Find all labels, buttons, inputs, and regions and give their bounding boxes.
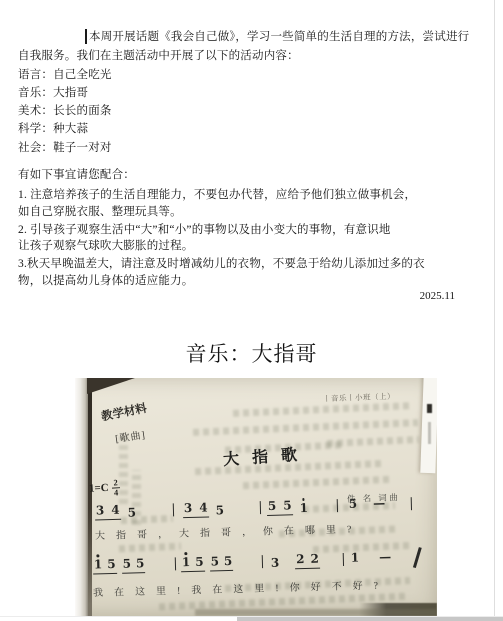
book-left-pages-edge: [75, 378, 88, 616]
measure: 34 5: [95, 503, 136, 520]
intro-paragraph-line-1: 本周开展话题《我会自己做》，学习一些简单的生活自理的方法，尝试进行: [89, 30, 469, 45]
measure: 15 55: [93, 557, 146, 574]
document-page: { "document": { "paragraph": [ "本周开展话题《我…: [0, 0, 503, 621]
note: 1: [351, 552, 360, 565]
music-book-photo[interactable]: 教学材料 [歌曲] 丨音乐丨小班（上） 大指歌 1=C 2 4 佚 名 词曲 3…: [75, 378, 437, 616]
horizontal-scrollbar[interactable]: [237, 617, 503, 621]
barline: [260, 501, 262, 514]
barline: [337, 499, 339, 512]
note: 3: [271, 557, 280, 570]
key-signature-text: 1=C: [89, 482, 109, 495]
section-heading: 音乐：大指哥: [0, 338, 503, 368]
activity-item-social: 社会：鞋子一对对: [18, 141, 112, 156]
cooperation-intro: 有如下事宜请您配合：: [18, 168, 135, 183]
intro-paragraph-line-2: 自我服务。我们在主题活动中开展了以下的活动内容：: [18, 49, 299, 64]
bleed-through-text: [243, 476, 391, 489]
page-right-border: [494, 0, 495, 616]
bleed-through-text: [119, 434, 128, 504]
note: 4: [111, 504, 120, 517]
activity-item-language: 语言：自己全吃光: [18, 68, 112, 83]
key-signature: 1=C 2 4: [89, 478, 121, 498]
measure: 15 55: [181, 555, 234, 572]
note: 5: [216, 504, 225, 517]
activity-item-music: 音乐：大指哥: [18, 86, 88, 101]
note-high-octave: 1: [182, 556, 191, 569]
final-barline: [413, 547, 422, 568]
book-right-page-mark: [427, 404, 432, 413]
note: 5: [224, 555, 233, 568]
note-dash: —: [379, 551, 391, 564]
book-right-page-mark: [428, 422, 431, 444]
barline: [173, 503, 175, 516]
score-line-1: 34 5 34 5 55 1 5 —: [75, 496, 437, 523]
activity-item-science: 科学：种大蒜: [18, 122, 88, 137]
measure: 55 1: [267, 499, 308, 516]
note-1-line-2: 如自己穿脱衣服、整理玩具等。: [18, 205, 182, 220]
note-high-octave: 1: [94, 558, 103, 571]
activity-item-art: 美术：长长的面条: [18, 104, 112, 119]
note: 5: [210, 555, 219, 568]
score-line-2: 15 55 15 55 3 22 1 —: [75, 550, 437, 577]
note-dash: —: [373, 497, 385, 510]
bleed-through-text: [119, 543, 181, 553]
note: 5: [195, 556, 204, 569]
photo-bottom-shadow: [195, 609, 437, 616]
note: 5: [128, 506, 137, 519]
book-header-music-class: 丨音乐丨小班（上）: [323, 391, 395, 405]
note: 5: [268, 500, 277, 513]
note: 4: [199, 502, 208, 515]
note: 3: [184, 502, 193, 515]
time-signature: 2 4: [111, 478, 120, 496]
measure: 3 22: [271, 553, 320, 570]
time-signature-bottom: 4: [112, 487, 121, 497]
measure: 34 5: [183, 501, 224, 518]
note: 5: [349, 498, 358, 511]
barline: [262, 555, 264, 568]
barline: [175, 557, 177, 570]
note: 2: [310, 553, 319, 566]
song-tag: [歌曲]: [114, 426, 146, 445]
note: 2: [296, 553, 305, 566]
note-3-line-1: 3.秋天早晚温差大，请注意及时增减幼儿的衣物，不要急于给幼儿添加过多的衣: [18, 257, 425, 272]
note: 3: [96, 504, 105, 517]
note: 5: [136, 557, 145, 570]
barline: [411, 497, 413, 510]
barline: [343, 553, 345, 566]
book-header-teaching-materials: 教学材料: [100, 400, 148, 424]
book-top-corner-shadow: [87, 378, 135, 394]
note-3-line-2: 物，以提高幼儿身体的适应能力。: [18, 274, 194, 289]
bleed-through-text: [233, 402, 413, 417]
note-2-line-1: 2. 引导孩子观察生活中“大”和“小”的事物以及由小变大的事物，有意识地: [18, 223, 391, 238]
note: 5: [122, 558, 131, 571]
bleed-through-text: [327, 436, 419, 447]
bleed-through-text: [193, 419, 418, 436]
measure: 1 —: [351, 551, 392, 565]
text-cursor: [85, 29, 87, 44]
note-1-line-1: 1. 注意培养孩子的生活自理能力，不要包办代替，应给予他们独立做事机会，: [18, 188, 416, 203]
note: 5: [283, 499, 292, 512]
note-2-line-2: 让孩子观察气球吹大膨胀的过程。: [18, 239, 194, 254]
note-high-octave: 1: [299, 502, 308, 515]
date: 2025.11: [18, 290, 455, 302]
note: 5: [107, 558, 116, 571]
measure: 5 —: [349, 497, 386, 511]
